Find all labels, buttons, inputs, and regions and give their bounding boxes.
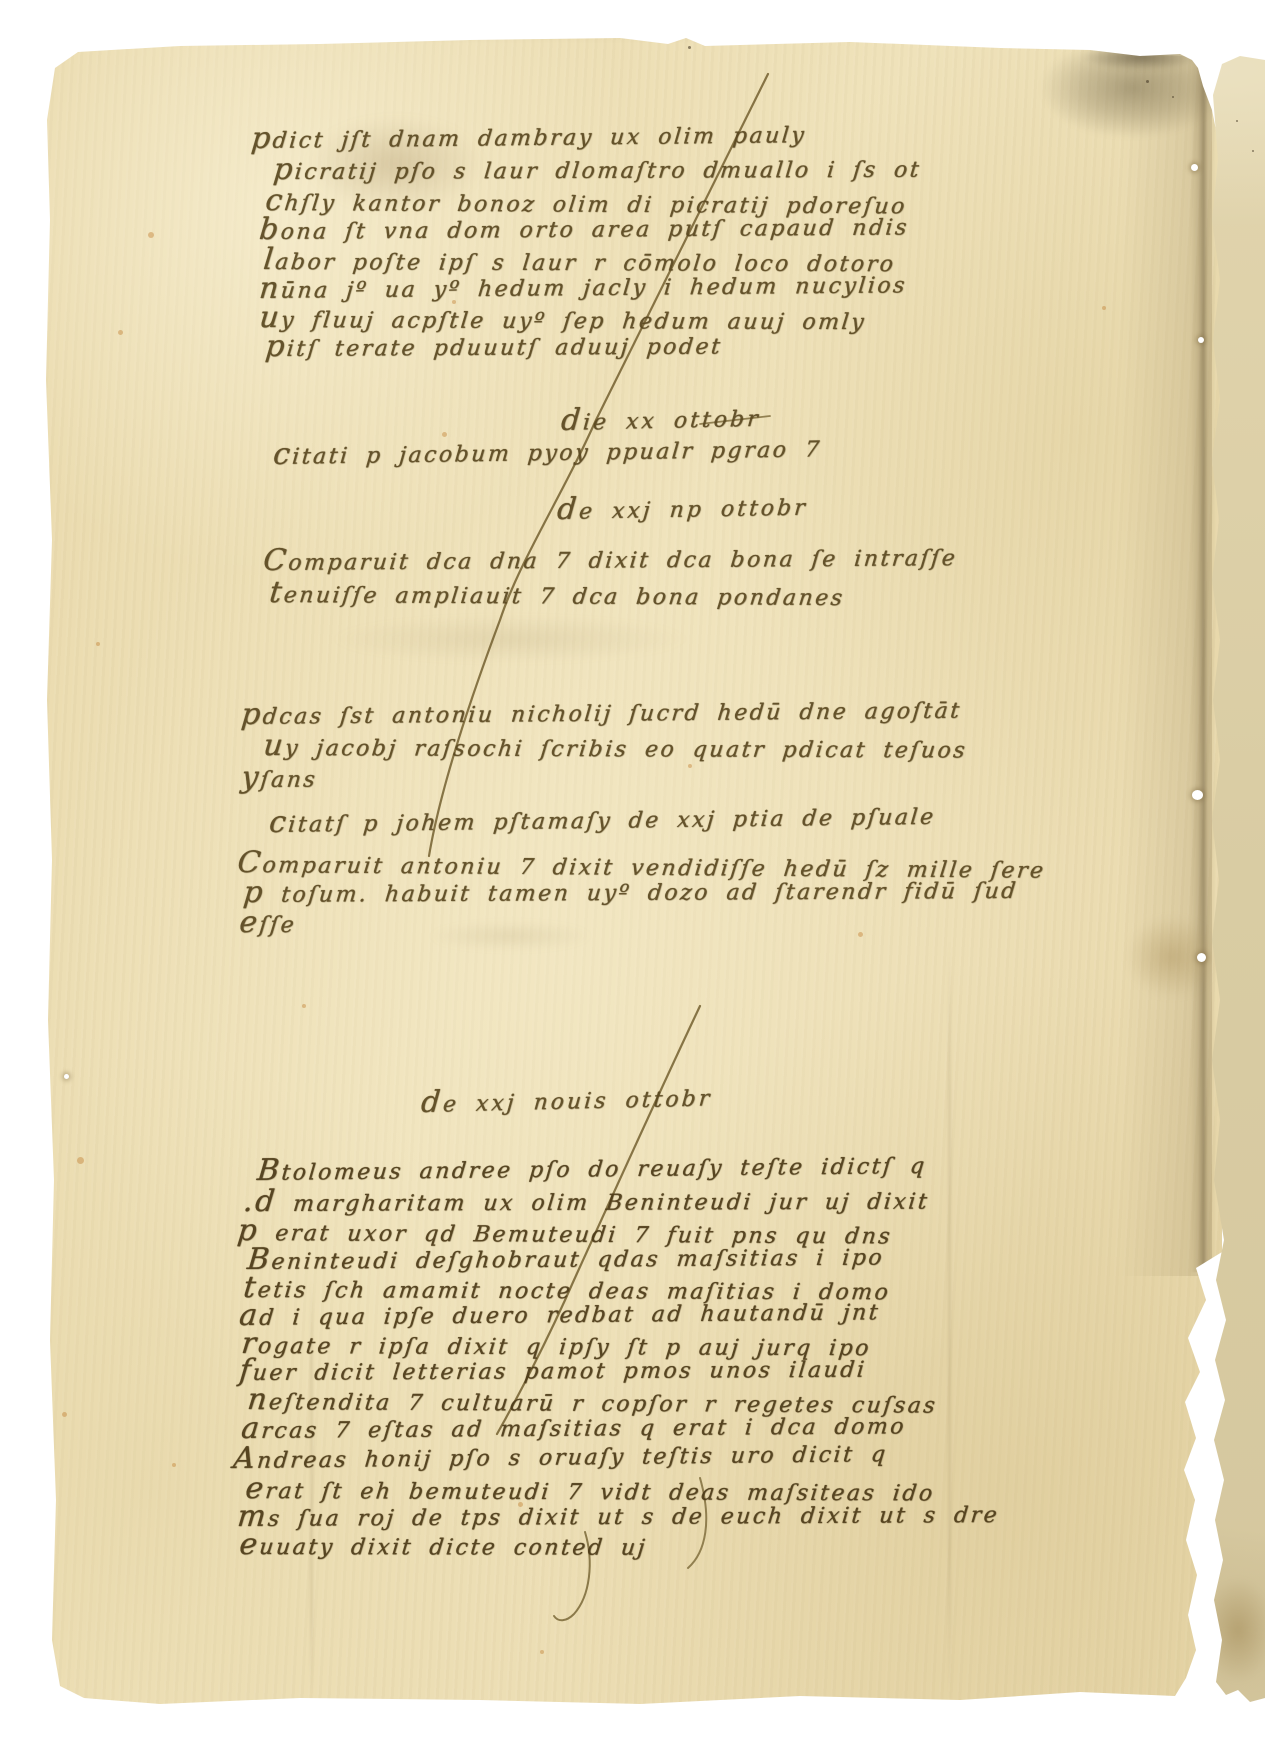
date-heading: de xxj np ottobr (556, 491, 809, 525)
manuscript-line: .d margharitam ux olim Beninteudi jur uj… (242, 1185, 931, 1217)
paper-stain (1202, 1578, 1265, 1682)
manuscript-line: yſans (240, 763, 319, 793)
manuscript-line: Andreas honij pſo s oruaſy teſtis uro di… (232, 1437, 889, 1474)
manuscript-line: pdcas ſst antoniu nicholij ſucrd hedū dn… (240, 694, 963, 730)
manuscript-line: tenuiſſe ampliauit 7 dca bona pondanes (268, 578, 846, 611)
manuscript-line: eſſe (238, 908, 298, 938)
date-heading: de xxj nouis ottobr (420, 1081, 714, 1117)
manuscript-scan: pdict jſt dnam dambray ux olim paulypicr… (0, 0, 1265, 1750)
manuscript-line: Btolomeus andree pſo do reuaſy teſte idi… (256, 1149, 928, 1186)
dirt-speck (1252, 150, 1254, 152)
manuscript-line: picratij pſo s laur dlomaſtro dmuallo i … (272, 153, 923, 185)
manuscript-line: Comparuit dca dna 7 dixit dca bona ſe in… (262, 541, 959, 576)
manuscript-line: fuer dicit letterias pamot pmos unos ila… (238, 1353, 868, 1386)
manuscript-line: bona ſt vna dom orto area putſ capaud nd… (258, 210, 911, 244)
manuscript-line: ad i qua ipſe duero redbat ad hautandū j… (238, 1295, 882, 1330)
manuscript-line: uy jacobj raſsochi ſcribis eo quatr pdic… (262, 731, 969, 763)
manuscript-line: pdict jſt dnam dambray ux olim pauly (250, 118, 808, 154)
manuscript-line: Beninteudi deſghobraut qdas maſsitias i … (246, 1241, 886, 1275)
manuscript-line: euuaty dixit dicte conted uj (238, 1530, 649, 1560)
manuscript-line: ms ſua roj de tps dixit ut s de euch dix… (236, 1498, 1001, 1532)
manuscript-line: pitſ terate pduuutſ aduuj podet (264, 330, 724, 362)
manuscript-line: citatſ p johem pſtamaſy de xxj ptia de p… (268, 800, 937, 838)
dirt-speck (1236, 120, 1238, 122)
text-layer: pdict jſt dnam dambray ux olim paulypicr… (0, 0, 1265, 1750)
manuscript-line: nūna jº ua yº hedum jacly i hedum nucyli… (258, 268, 909, 303)
manuscript-page: pdict jſt dnam dambray ux olim paulypicr… (0, 0, 1265, 1750)
manuscript-line: p toſum. habuit tamen uyº dozo ad ſtaren… (242, 874, 1020, 908)
manuscript-line: citati p jacobum pyoy ppualr pgrao 7 (272, 432, 823, 469)
date-heading: die xx ottobr (560, 402, 762, 436)
